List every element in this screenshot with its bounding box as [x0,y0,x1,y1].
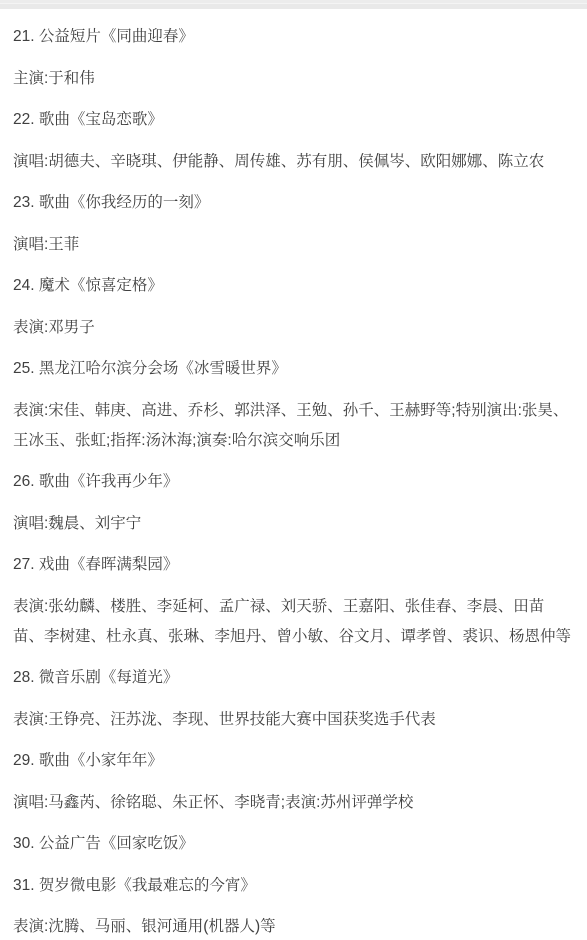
program-item-title: 21. 公益短片《同曲迎春》 [13,22,573,52]
top-divider-strip [0,0,587,9]
program-item-credits: 表演:张幼麟、楼胜、李延柯、孟广禄、刘天骄、王嘉阳、张佳春、李晨、田苗苗、李树建… [13,592,573,652]
program-item-title: 23. 歌曲《你我经历的一刻》 [13,188,573,218]
program-item-title: 30. 公益广告《回家吃饭》 [13,829,573,859]
program-item-title: 22. 歌曲《宝岛恋歌》 [13,105,573,135]
program-item-credits: 表演:宋佳、韩庚、高进、乔杉、郭洪泽、王勉、孙千、王赫野等;特别演出:张昊、王冰… [13,396,573,456]
program-item-title: 25. 黑龙江哈尔滨分会场《冰雪暖世界》 [13,354,573,384]
program-item-title: 31. 贺岁微电影《我最难忘的今宵》 [13,871,573,901]
program-item-credits: 表演:邓男子 [13,313,573,343]
program-item-title: 28. 微音乐剧《每道光》 [13,663,573,693]
program-item-title: 24. 魔术《惊喜定格》 [13,271,573,301]
program-item-title: 27. 戏曲《春晖满梨园》 [13,550,573,580]
program-item-credits: 演唱:魏晨、刘宇宁 [13,509,573,539]
program-item-credits: 主演:于和伟 [13,64,573,94]
program-item-title: 29. 歌曲《小家年年》 [13,746,573,776]
program-item-title: 26. 歌曲《许我再少年》 [13,467,573,497]
program-item-credits: 演唱:王菲 [13,230,573,260]
program-item-credits: 演唱:马鑫芮、徐铭聪、朱正怀、李晓青;表演:苏州评弹学校 [13,788,573,818]
program-list-article: 21. 公益短片《同曲迎春》 主演:于和伟 22. 歌曲《宝岛恋歌》 演唱:胡德… [0,9,587,940]
program-item-credits: 表演:沈腾、马丽、银河通用(机器人)等 [13,912,573,940]
program-item-credits: 表演:王铮亮、汪苏泷、李现、世界技能大赛中国获奖选手代表 [13,705,573,735]
program-item-credits: 演唱:胡德夫、辛晓琪、伊能静、周传雄、苏有朋、侯佩岑、欧阳娜娜、陈立农 [13,147,573,177]
